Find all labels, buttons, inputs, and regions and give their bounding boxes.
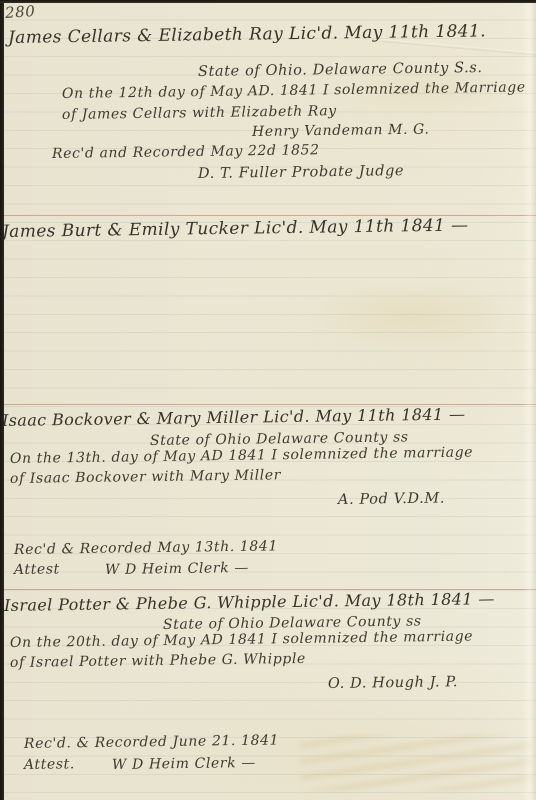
judge-signature: D. T. Fuller Probate Judge (198, 163, 404, 182)
solemnization-line: On the 20th. day of May AD 1841 I solemn… (10, 629, 473, 651)
officiant-signature: A. Pod V.D.M. (338, 491, 445, 508)
solemnization-line: On the 13th. day of May AD 1841 I solemn… (10, 445, 473, 467)
couple-line: of Israel Potter with Phebe G. Whipple (10, 651, 306, 671)
binding-edge (0, 0, 4, 800)
couple-line: of Isaac Bockover with Mary Miller (10, 467, 281, 487)
clerk-signature: W D Heim Clerk — (112, 755, 256, 773)
binding-edge (0, 0, 536, 3)
ink-bleed-through (300, 735, 530, 791)
recorded-line: Rec'd & Recorded May 13th. 1841 (14, 538, 278, 558)
recorded-line: Rec'd and Recorded May 22d 1852 (52, 142, 320, 162)
clerk-signature: W D Heim Clerk — (105, 560, 249, 578)
court-caption: State of Ohio. Delaware County S.s. (198, 60, 483, 80)
record-title: James Burt & Emily Tucker Lic'd. May 11t… (2, 215, 469, 242)
officiant-signature: O. D. Hough J. P. (328, 674, 458, 692)
record-title: Israel Potter & Phebe G. Whipple Lic'd. … (4, 589, 495, 615)
solemnization-line: On the 12th day of May AD. 1841 I solemn… (62, 80, 526, 102)
page-edge (522, 0, 536, 800)
recorded-line: Rec'd. & Recorded June 21. 1841 (24, 732, 279, 752)
attest-label: Attest (14, 561, 60, 578)
record-title: Isaac Bockover & Mary Miller Lic'd. May … (2, 405, 466, 430)
paper-stain (290, 265, 536, 365)
couple-line: of James Cellars with Elizabeth Ray (62, 103, 337, 123)
officiant-signature: Henry Vandeman M. G. (252, 122, 430, 140)
page-number: 280 (4, 2, 36, 22)
ledger-page: 280 James Cellars & Elizabeth Ray Lic'd.… (0, 0, 536, 800)
attest-label: Attest. (24, 756, 75, 773)
